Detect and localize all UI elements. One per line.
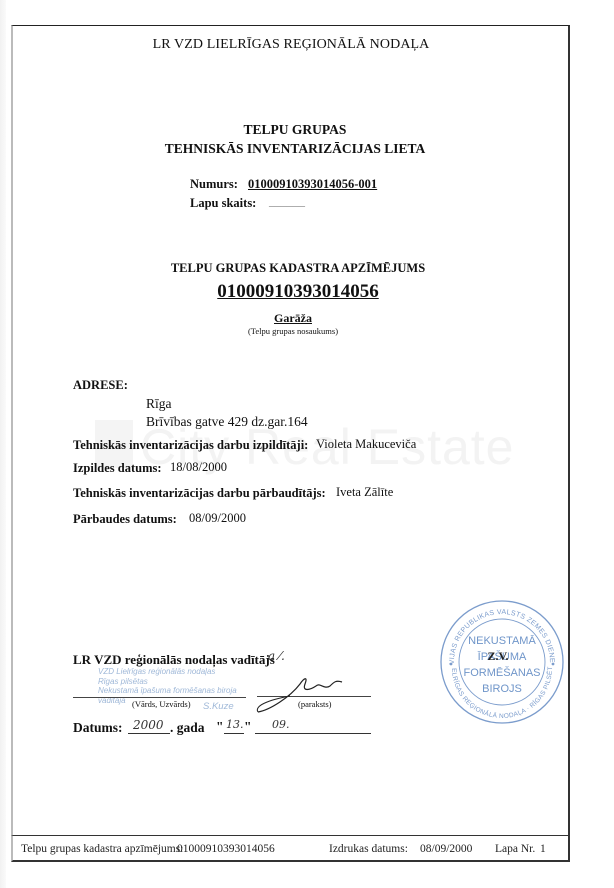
pages-value: ______	[269, 194, 305, 209]
stamp-line: NEKUSTAMĀ	[468, 635, 536, 647]
footer-cadastre-label: Telpu grupas kadastra apzīmējums:	[21, 843, 183, 855]
year-line	[128, 733, 170, 734]
name-line	[73, 697, 246, 698]
footer-bar: Telpu grupas kadastra apzīmējums: 010009…	[11, 835, 570, 862]
performed-date-value: 18/08/2000	[170, 460, 227, 475]
blue-stamp-line: VZD Lielrīgas reģionālās nodaļas	[98, 667, 237, 677]
address-label: ADRESE:	[73, 378, 128, 393]
name-caption: (Vārds, Uzvārds)	[132, 699, 191, 709]
footer-page-label: Lapa Nr.	[495, 843, 535, 855]
group-name: Garāža	[0, 311, 586, 326]
year-handwritten: 2000	[133, 718, 164, 732]
address-city: Rīga	[146, 396, 172, 412]
performed-date-label: Izpildes datums:	[73, 461, 162, 476]
group-name-caption: (Telpu grupas nosaukums)	[0, 326, 586, 336]
month-line	[255, 733, 371, 734]
day-line	[224, 733, 244, 734]
day-close-quote: "	[244, 719, 252, 735]
title-line-2: TEHNISKĀS INVENTARIZĀCIJAS LIETA	[0, 141, 590, 157]
blue-stamp-line: Rīgas pilsētas	[98, 677, 237, 687]
day-open-quote: "	[216, 719, 224, 735]
number-label: Numurs:	[190, 177, 238, 192]
performer-value: Violeta Makuceviča	[316, 437, 416, 452]
signer-name: S.Kuze	[203, 702, 234, 712]
organization-title: LR VZD LIELRĪGAS REĢIONĀLĀ NODAĻA	[0, 37, 582, 53]
blue-stamp-line: Nekustamā īpašuma formēšanas biroja	[98, 686, 237, 696]
footer-print-date-value: 08/09/2000	[420, 843, 472, 855]
number-value: 01000910393014056-001	[248, 177, 377, 192]
checker-label: Tehniskās inventarizācijas darbu pārbaud…	[73, 486, 326, 501]
date-label: Datums:	[73, 720, 123, 736]
performer-label: Tehniskās inventarizācijas darbu izpildī…	[73, 438, 308, 453]
day-handwritten: 13.	[226, 718, 244, 731]
check-date-value: 08/09/2000	[189, 511, 246, 526]
month-handwritten: 09.	[272, 718, 290, 731]
address-street: Brīvības gatve 429 dz.gar.164	[146, 414, 308, 430]
checker-value: Iveta Zālīte	[336, 485, 393, 500]
check-date-label: Pārbaudes datums:	[73, 512, 177, 527]
stamp-line: FORMĒŠANAS	[463, 666, 540, 679]
stamp-line: BIROJS	[482, 683, 522, 695]
footer-cadastre-value: 01000910393014056	[177, 843, 275, 855]
head-label-scribble: a ⁄.	[268, 649, 285, 663]
cadastre-value: 01000910393014056	[0, 281, 596, 303]
head-label: LR VZD reģionālās nodaļas vadītājs	[73, 652, 275, 668]
footer-page-value: 1	[540, 843, 546, 855]
pages-label: Lapu skaits:	[190, 196, 256, 211]
title-line-1: TELPU GRUPAS	[0, 122, 590, 138]
official-round-stamp: LATVIJAS REPUBLIKAS VALSTS ZEMES DIENEST…	[438, 598, 566, 726]
cadastre-label: TELPU GRUPAS KADASTRA APZĪMĒJUMS	[0, 261, 596, 276]
year-suffix: . gada	[170, 720, 205, 736]
handwritten-signature	[250, 672, 350, 717]
seal-mark: Z.V.	[487, 649, 508, 663]
footer-print-date-label: Izdrukas datums:	[329, 843, 408, 855]
